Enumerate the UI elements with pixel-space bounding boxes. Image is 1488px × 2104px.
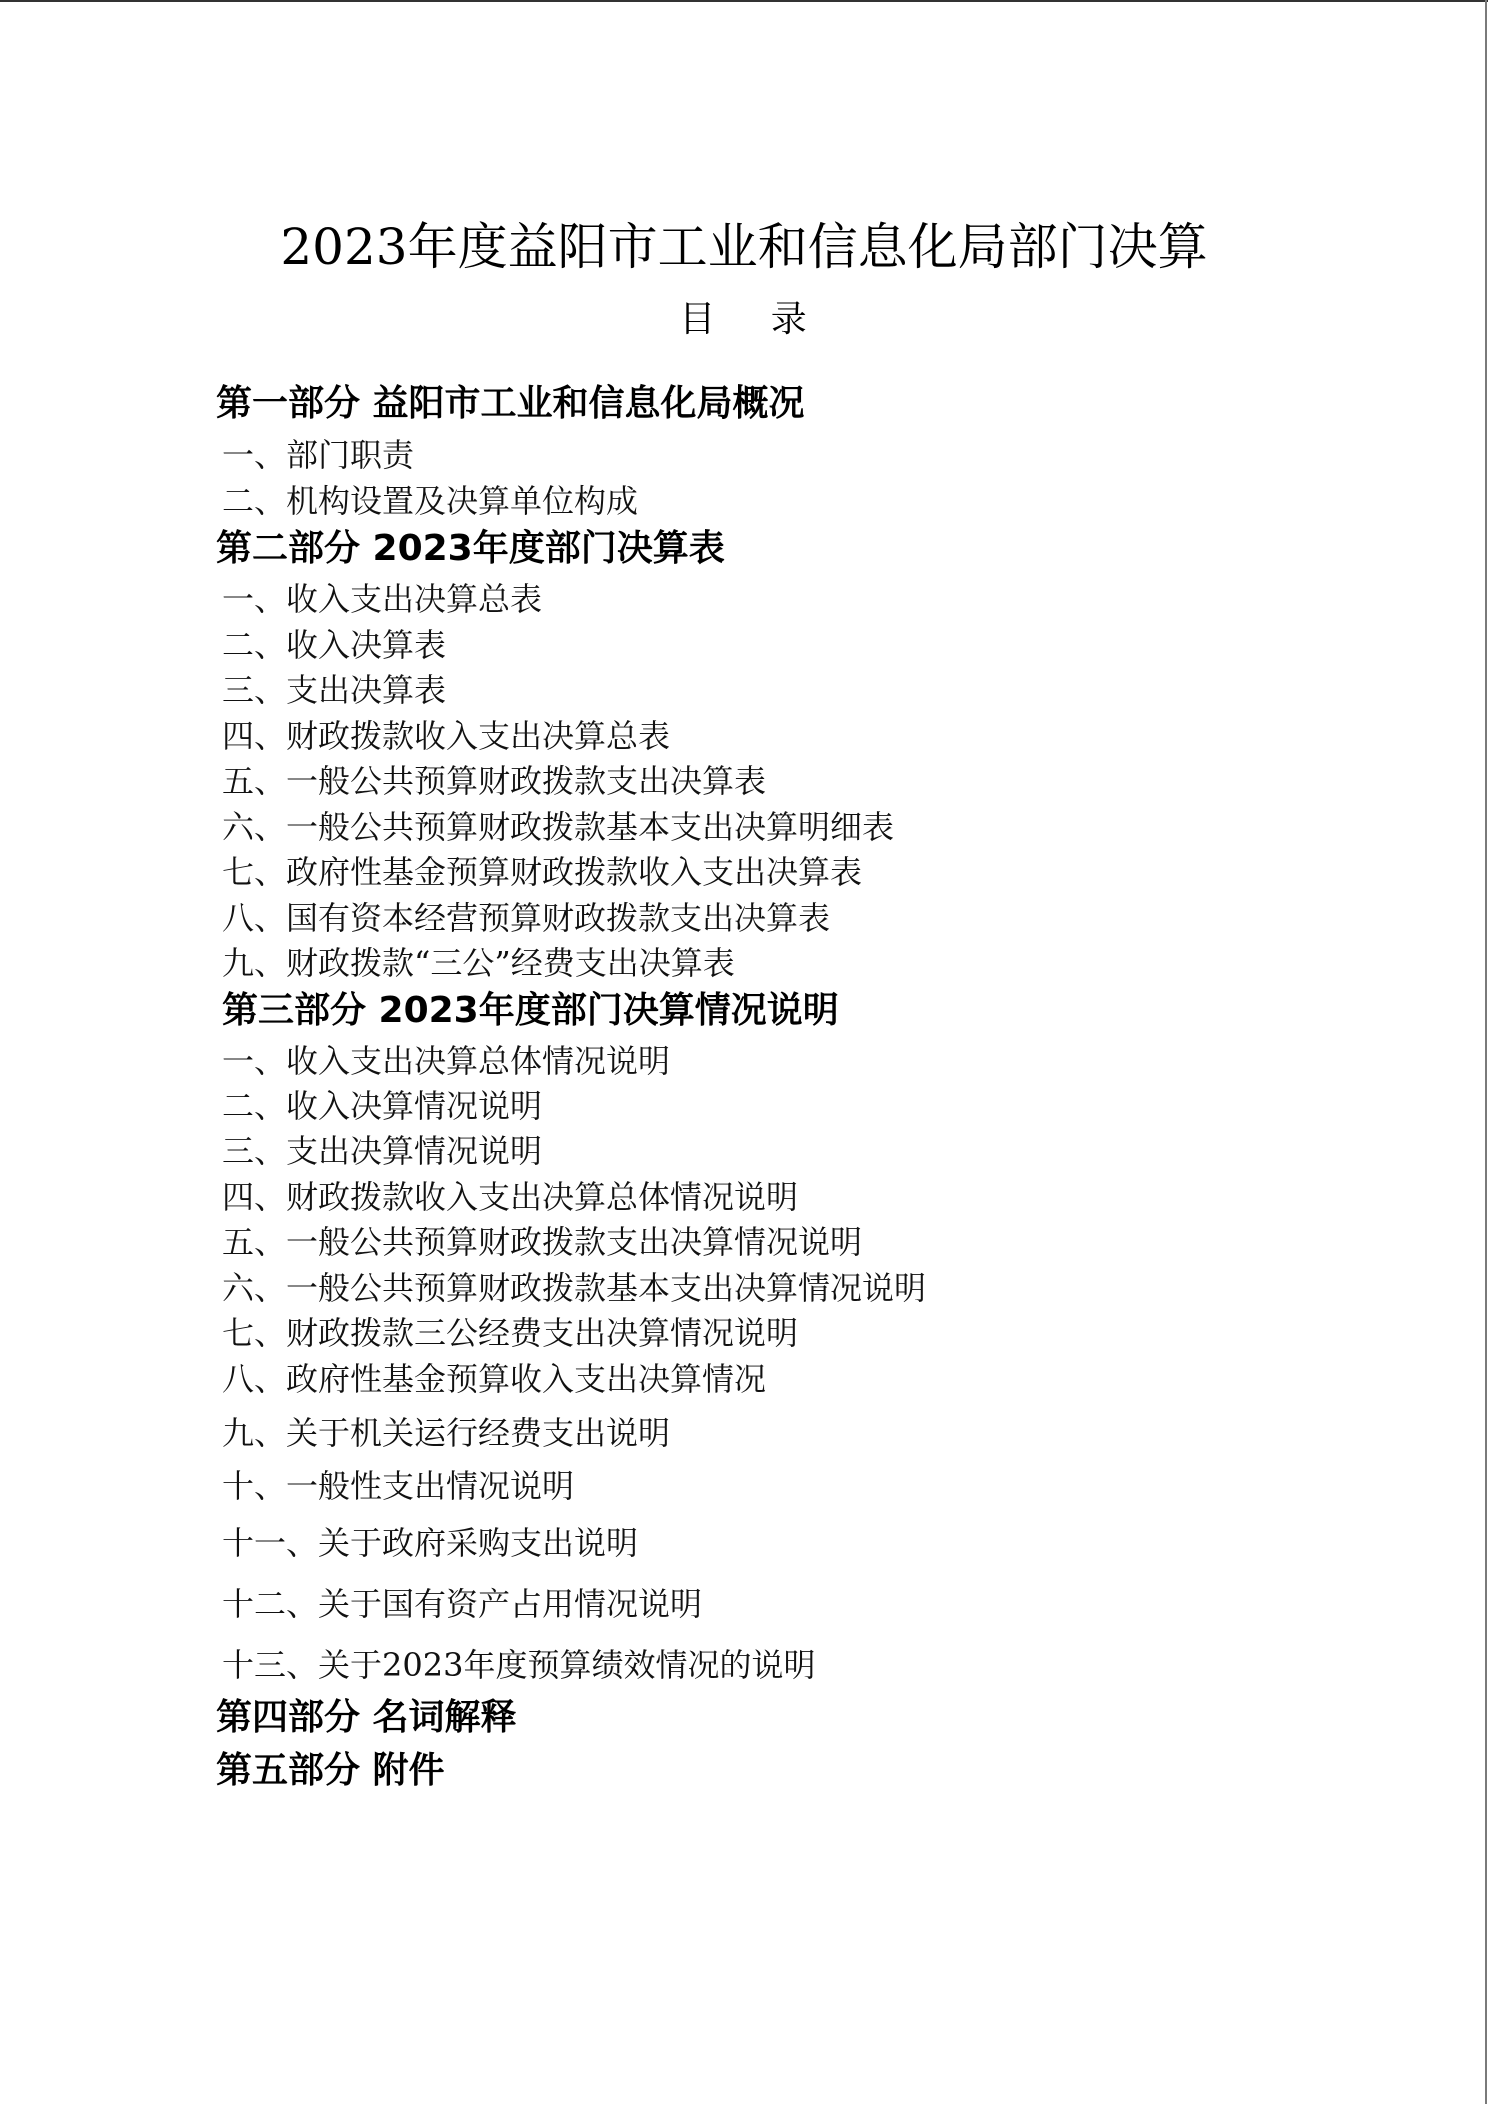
toc-item[interactable]: 九、财政拨款“三公”经费支出决算表 [222,943,735,983]
toc-part-5[interactable]: 第五部分 附件 [216,1749,445,1793]
toc-item[interactable]: 七、财政拨款三公经费支出决算情况说明 [222,1313,798,1353]
toc-item[interactable]: 七、政府性基金预算财政拨款收入支出决算表 [222,852,862,892]
toc-item[interactable]: 十三、关于2023年度预算绩效情况的说明 [222,1645,815,1685]
toc-part-1[interactable]: 第一部分 益阳市工业和信息化局概况 [216,382,805,426]
toc-item[interactable]: 四、财政拨款收入支出决算总表 [222,716,670,756]
toc-item[interactable]: 六、一般公共预算财政拨款基本支出决算明细表 [222,807,894,847]
toc-item[interactable]: 六、一般公共预算财政拨款基本支出决算情况说明 [222,1268,926,1308]
toc-item[interactable]: 一、收入支出决算总体情况说明 [222,1041,670,1081]
toc-part-3[interactable]: 第三部分 2023年度部门决算情况说明 [222,989,839,1033]
toc-item[interactable]: 一、收入支出决算总表 [222,579,542,619]
toc-item[interactable]: 二、机构设置及决算单位构成 [222,481,638,521]
toc-item[interactable]: 九、关于机关运行经费支出说明 [222,1413,670,1453]
toc-item[interactable]: 八、国有资本经营预算财政拨款支出决算表 [222,898,830,938]
toc-item[interactable]: 十一、关于政府采购支出说明 [222,1523,638,1563]
page-top-border [0,0,1488,2]
toc-item[interactable]: 三、支出决算表 [222,670,446,710]
toc-item[interactable]: 十、一般性支出情况说明 [222,1466,574,1506]
toc-part-4[interactable]: 第四部分 名词解释 [216,1696,517,1740]
toc-item[interactable]: 五、一般公共预算财政拨款支出决算表 [222,761,766,801]
toc-item[interactable]: 十二、关于国有资产占用情况说明 [222,1584,702,1624]
toc-item[interactable]: 二、收入决算表 [222,625,446,665]
toc-item[interactable]: 五、一般公共预算财政拨款支出决算情况说明 [222,1222,862,1262]
document-title: 2023年度益阳市工业和信息化局部门决算 [0,217,1488,277]
toc-item[interactable]: 二、收入决算情况说明 [222,1086,542,1126]
toc-item[interactable]: 三、支出决算情况说明 [222,1131,542,1171]
toc-item[interactable]: 一、部门职责 [222,435,414,475]
toc-item[interactable]: 四、财政拨款收入支出决算总体情况说明 [222,1177,798,1217]
toc-heading: 目 录 [0,298,1488,342]
toc-item[interactable]: 八、政府性基金预算收入支出决算情况 [222,1359,766,1399]
toc-part-2[interactable]: 第二部分 2023年度部门决算表 [216,527,725,571]
